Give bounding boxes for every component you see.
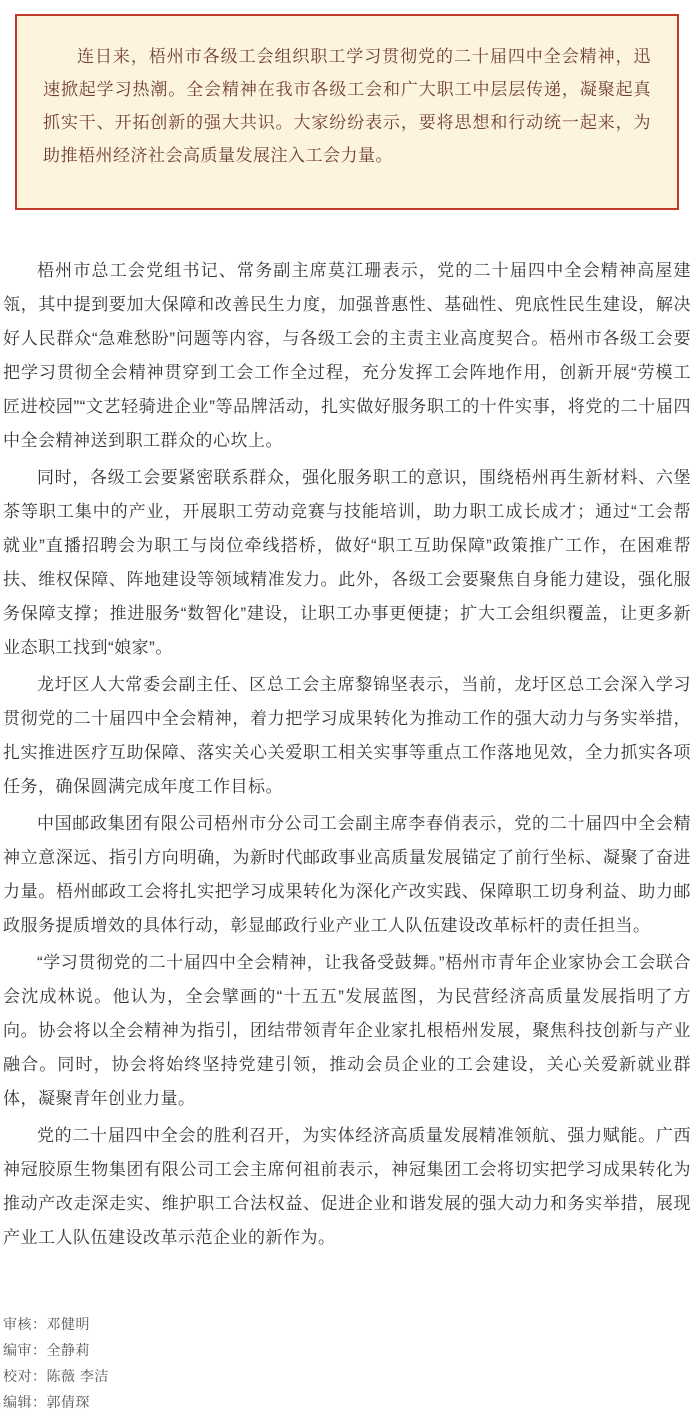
article-paragraph: 中国邮政集团有限公司梧州市分公司工会副主席李春俏表示，党的二十届四中全会精神立意… <box>3 807 691 943</box>
credits-block: 审核：邓健明 编审：全静莉 校对：陈薇 李洁 编辑：郭倩琛 <box>0 1311 694 1421</box>
credit-line-senior-editor: 编审：全静莉 <box>3 1337 691 1363</box>
credit-line-editor: 编辑：郭倩琛 <box>3 1389 691 1415</box>
article-paragraph: “学习贯彻党的二十届四中全会精神，让我备受鼓舞。”梧州市青年企业家协会工会联合会… <box>3 946 691 1116</box>
article-paragraph: 龙圩区人大常委会副主任、区总工会主席黎锦坚表示，当前，龙圩区总工会深入学习贯彻党… <box>3 668 691 804</box>
article-paragraph: 同时，各级工会要紧密联系群众，强化服务职工的意识，围绕梧州再生新材料、六堡茶等职… <box>3 461 691 665</box>
credit-line-proofreaders: 校对：陈薇 李洁 <box>3 1363 691 1389</box>
credit-line-reviewer: 审核：邓健明 <box>3 1311 691 1337</box>
article-paragraph: 党的二十届四中全会的胜利召开，为实体经济高质量发展精准领航、强力赋能。广西神冠胶… <box>3 1119 691 1255</box>
summary-text: 连日来，梧州市各级工会组织职工学习贯彻党的二十届四中全会精神，迅速掀起学习热潮。… <box>43 40 651 172</box>
article-page: 连日来，梧州市各级工会组织职工学习贯彻党的二十届四中全会精神，迅速掀起学习热潮。… <box>0 0 694 1421</box>
article-body: 梧州市总工会党组书记、常务副主席莫江珊表示，党的二十届四中全会精神高屋建瓴，其中… <box>0 254 694 1255</box>
summary-box: 连日来，梧州市各级工会组织职工学习贯彻党的二十届四中全会精神，迅速掀起学习热潮。… <box>15 14 679 210</box>
article-paragraph: 梧州市总工会党组书记、常务副主席莫江珊表示，党的二十届四中全会精神高屋建瓴，其中… <box>3 254 691 458</box>
